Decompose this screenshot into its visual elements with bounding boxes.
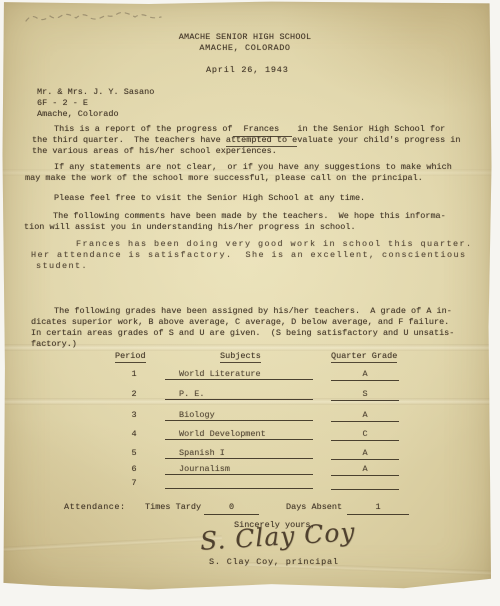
comments-intro-line-1: The following comments have been made by… — [53, 211, 446, 222]
intro-text-post: in the Senior High School for — [292, 124, 445, 134]
subjects-header-label: Subjects — [220, 351, 261, 363]
period-cell: 6 — [118, 464, 150, 475]
days-absent-value: 1 — [347, 502, 409, 515]
intro-line2-post: valuate your child's progress in — [297, 135, 460, 145]
grade-cell: A — [331, 410, 399, 422]
intro-line-2: the third quarter. The teachers have att… — [32, 135, 461, 146]
teacher-comment-line-1: Frances has been doing very good work in… — [76, 239, 473, 250]
school-location: AMACHE, COLORADO — [2, 43, 488, 54]
table-row: 5 Spanish I A — [2, 448, 492, 460]
report-document: AMACHE SENIOR HIGH SCHOOL AMACHE, COLORA… — [2, 1, 492, 593]
quarter-grade-header-label: Quarter Grade — [331, 351, 397, 363]
recipient-address: 6F - 2 - E — [37, 98, 88, 109]
times-tardy-label: Times Tardy — [145, 502, 201, 513]
grade-cell: S — [331, 389, 399, 401]
intro-text-pre: This is a report of the progress of — [54, 124, 233, 134]
subject-cell: Journalism — [165, 464, 313, 475]
suggestions-line-2: may make the work of the school more suc… — [25, 173, 423, 184]
column-header-quarter-grade: Quarter Grade — [331, 351, 397, 362]
table-row: 2 P. E. S — [2, 389, 492, 401]
subject-cell: Biology — [165, 410, 313, 421]
grading-line-2: dicates superior work, B above average, … — [31, 317, 449, 328]
grade-cell: A — [331, 448, 399, 460]
period-cell: 4 — [118, 429, 150, 440]
subject-cell: P. E. — [165, 389, 313, 400]
paper-wrinkle — [2, 535, 222, 552]
comments-intro-line-2: tion will assist you in understanding hi… — [24, 222, 356, 233]
intro-line2-pre: the third quarter. The teachers have — [32, 135, 226, 145]
grading-line-4: factory.) — [31, 339, 77, 350]
column-header-subjects: Subjects — [220, 351, 261, 362]
subject-cell: World Literature — [165, 369, 313, 380]
recipient-city: Amache, Colorado — [37, 109, 119, 120]
grade-cell: A — [331, 464, 399, 476]
grading-line-3: In certain areas grades of S and U are g… — [31, 328, 454, 339]
handwritten-signature: S. Clay Coy — [199, 519, 356, 554]
intro-line-3: the various areas of his/her school expe… — [32, 146, 277, 157]
subject-cell: World Development — [165, 429, 313, 440]
period-cell: 5 — [118, 448, 150, 459]
pencil-scribble-icon — [22, 9, 182, 29]
intro-line2-underscored: attempted to e — [226, 135, 297, 147]
period-cell: 1 — [118, 369, 150, 380]
period-cell: 2 — [118, 389, 150, 400]
column-header-period: Period — [115, 351, 146, 362]
grade-cell: C — [331, 429, 399, 441]
grade-cell — [331, 478, 399, 490]
teacher-comment-line-2: Her attendance is satisfactory. She is a… — [31, 250, 467, 261]
table-row: 1 World Literature A — [2, 369, 492, 381]
letter-date: April 26, 1943 — [206, 65, 289, 76]
table-row: 4 World Development C — [2, 429, 492, 441]
subject-cell — [165, 478, 313, 489]
attendance-label: Attendance: — [64, 502, 126, 513]
period-cell: 7 — [118, 478, 150, 489]
table-row: 7 — [2, 478, 492, 490]
typed-signature: S. Clay Coy, principal — [209, 557, 339, 568]
teacher-comment-line-3: student. — [36, 261, 88, 272]
grade-cell: A — [331, 369, 399, 381]
days-absent-label: Days Absent — [286, 502, 342, 513]
table-row: 6 Journalism A — [2, 464, 492, 476]
grading-line-1: The following grades have been assigned … — [54, 306, 452, 317]
period-header-label: Period — [115, 351, 146, 363]
recipient-name: Mr. & Mrs. J. Y. Sasano — [37, 87, 154, 98]
times-tardy-blank: 0 — [204, 502, 259, 515]
days-absent-blank: 1 — [347, 502, 409, 515]
visit-line: Please feel free to visit the Senior Hig… — [54, 193, 365, 204]
school-name: AMACHE SENIOR HIGH SCHOOL — [2, 32, 488, 43]
subject-cell: Spanish I — [165, 448, 313, 459]
period-cell: 3 — [118, 410, 150, 421]
times-tardy-value: 0 — [204, 502, 259, 515]
suggestions-line-1: If any statements are not clear, or if y… — [54, 162, 452, 173]
table-row: 3 Biology A — [2, 410, 492, 422]
